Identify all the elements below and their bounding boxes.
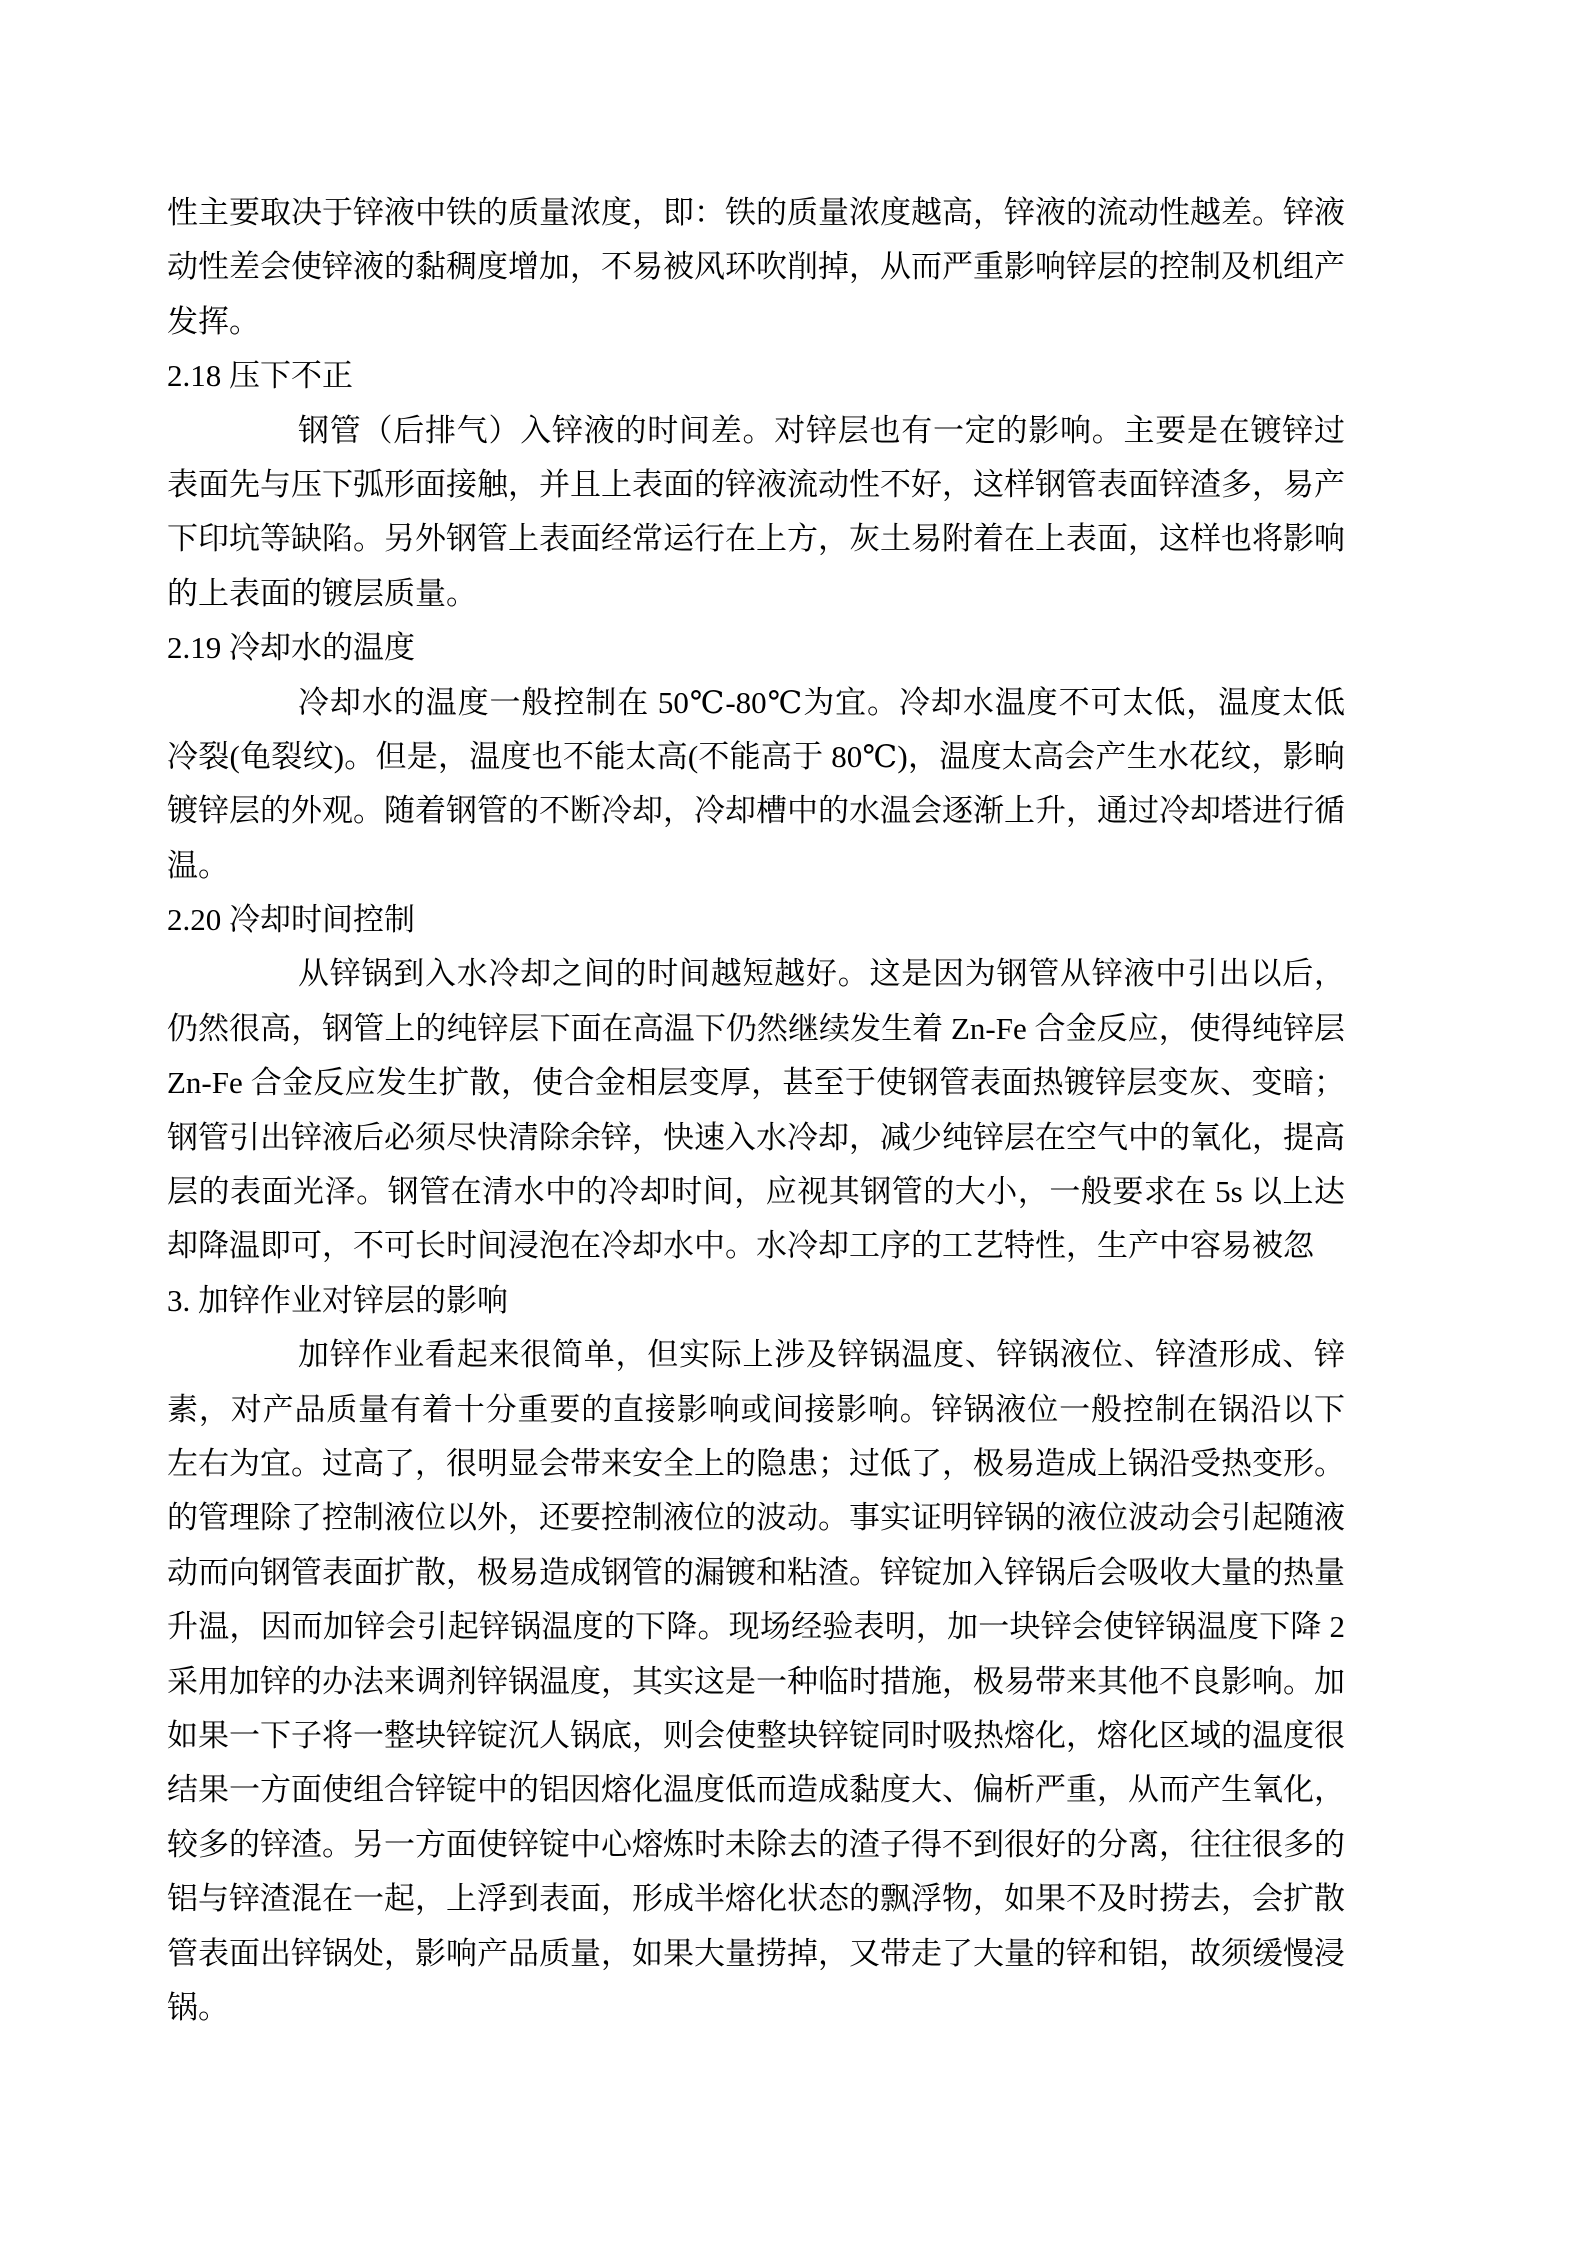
text-line: 从锌锅到入水冷却之间的时间越短越好。这是因为钢管从锌液中引出以后，本身的温度 [167,947,1345,1001]
text-line: 动而向钢管表面扩散，极易造成钢管的漏镀和粘渣。锌锭加入锌锅后会吸收大量的热量熔化… [167,1546,1345,1600]
text-line: 温。 [167,839,1345,893]
document-page: 性主要取决于锌液中铁的质量浓度，即：铁的质量浓度越高，锌液的流动性越差。锌液的流… [0,0,1587,2245]
text-line: 管表面出锌锅处，影响产品质量，如果大量捞掉，又带走了大量的锌和铝，故须缓慢浸入锌 [167,1927,1345,1981]
text-line: 发挥。 [167,295,1345,349]
text-line: 左右为宜。过高了，很明显会带来安全上的隐患；过低了，极易造成上锅沿受热变形。锌锅 [167,1437,1345,1491]
section-heading-3: 3. 加锌作业对锌层的影响 [167,1274,1345,1328]
text-line: 钢管（后排气）入锌液的时间差。对锌层也有一定的影响。主要是在镀锌过程中钢管上 [167,404,1345,458]
text-line: 动性差会使锌液的黏稠度增加，不易被风环吹削掉，从而严重影响锌层的控制及机组产能的 [167,240,1345,294]
section-heading-2-19: 2.19 冷却水的温度 [167,621,1345,675]
text-line: 升温，因而加锌会引起锌锅温度的下降。现场经验表明，加一块锌会使锌锅温度下降 2～… [167,1600,1345,1654]
text-line: 采用加锌的办法来调剂锌锅温度，其实这是一种临时措施，极易带来其他不良影响。加锌时 [167,1655,1345,1709]
text-line: 下印坑等缺陷。另外钢管上表面经常运行在上方，灰土易附着在上表面，这样也将影响钢管 [167,512,1345,566]
text-line: 表面先与压下弧形面接触，并且上表面的锌液流动性不好，这样钢管表面锌渣多，易产生压 [167,458,1345,512]
text-line: 如果一下子将一整块锌锭沉人锅底，则会使整块锌锭同时吸热熔化，熔化区域的温度很低， [167,1709,1345,1763]
text-block: 性主要取决于锌液中铁的质量浓度，即：铁的质量浓度越高，锌液的流动性越差。锌液的流… [167,186,1345,2035]
text-line: Zn-Fe 合金反应发生扩散，使合金相层变厚，甚至于使钢管表面热镀锌层变灰、变暗… [167,1056,1345,1110]
text-line: 素，对产品质量有着十分重要的直接影响或间接影响。锌锅液位一般控制在锅沿以下 10… [167,1383,1345,1437]
text-line: 的管理除了控制液位以外，还要控制液位的波动。事实证明锌锅的液位波动会引起随液位波 [167,1491,1345,1545]
text-line: 层的表面光泽。钢管在清水中的冷却时间，应视其钢管的大小，一般要求在 5s 以上达… [167,1165,1345,1219]
text-line: 钢管引出锌液后必须尽快清除余锌，快速入水冷却，减少纯锌层在空气中的氧化，提高镀锌 [167,1111,1345,1165]
text-line: 镀锌层的外观。随着钢管的不断冷却，冷却槽中的水温会逐渐上升，通过冷却塔进行循环降 [167,784,1345,838]
text-line: 冷裂(龟裂纹)。但是，温度也不能太高(不能高于 80℃)，温度太高会产生水花纹，… [167,730,1345,784]
text-line: 铝与锌渣混在一起，上浮到表面，形成半熔化状态的飘浮物，如果不及时捞去，会扩散到钢 [167,1872,1345,1926]
text-line: 冷却水的温度一般控制在 50℃-80℃为宜。冷却水温度不可太低，温度太低会使镀锌… [167,676,1345,730]
text-line: 仍然很高，钢管上的纯锌层下面在高温下仍然继续发生着 Zn-Fe 合金反应，使得纯… [167,1002,1345,1056]
text-line: 却降温即可，不可长时间浸泡在冷却水中。水冷却工序的工艺特性，生产中容易被忽视。 [167,1219,1345,1273]
text-line: 的上表面的镀层质量。 [167,567,1345,621]
text-line: 性主要取决于锌液中铁的质量浓度，即：铁的质量浓度越高，锌液的流动性越差。锌液的流 [167,186,1345,240]
text-line: 较多的锌渣。另一方面使锌锭中心熔炼时未除去的渣子得不到很好的分离，往往很多的锌和 [167,1818,1345,1872]
section-heading-2-20: 2.20 冷却时间控制 [167,893,1345,947]
text-line: 锅。 [167,1981,1345,2035]
section-heading-2-18: 2.18 压下不正 [167,349,1345,403]
text-line: 结果一方面使组合锌锭中的铝因熔化温度低而造成黏度大、偏析严重，从而产生氧化，生成 [167,1763,1345,1817]
text-line: 加锌作业看起来很简单，但实际上涉及锌锅温度、锌锅液位、锌渣形成、锌锭损耗等因 [167,1328,1345,1382]
